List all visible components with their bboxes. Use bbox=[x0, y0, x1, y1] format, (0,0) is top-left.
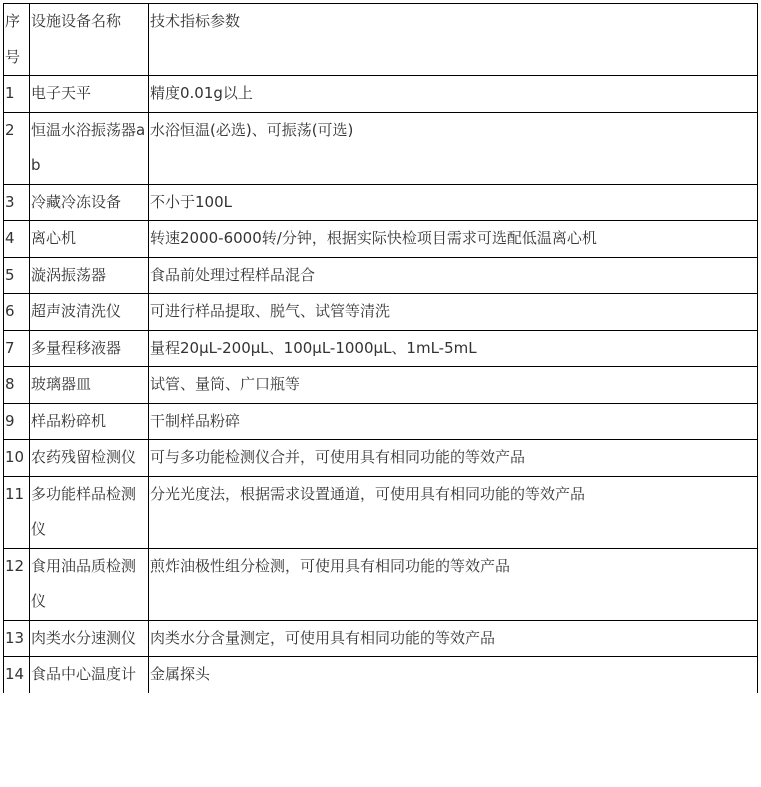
row-name: 恒温水浴振荡器ab bbox=[30, 112, 149, 184]
row-no: 10 bbox=[4, 440, 30, 477]
row-spec: 干制样品粉碎 bbox=[149, 403, 758, 440]
row-name: 冷藏冷冻设备 bbox=[30, 184, 149, 221]
row-no: 5 bbox=[4, 257, 30, 294]
table-row: 9 样品粉碎机 干制样品粉碎 bbox=[4, 403, 758, 440]
row-no: 8 bbox=[4, 367, 30, 404]
row-no: 13 bbox=[4, 620, 30, 657]
row-spec: 肉类水分含量测定，可使用具有相同功能的等效产品 bbox=[149, 620, 758, 657]
row-name: 多量程移液器 bbox=[30, 330, 149, 367]
row-name: 样品粉碎机 bbox=[30, 403, 149, 440]
row-name: 离心机 bbox=[30, 221, 149, 258]
row-spec: 精度0.01g以上 bbox=[149, 76, 758, 113]
row-no: 6 bbox=[4, 294, 30, 331]
row-spec: 水浴恒温(必选)、可振荡(可选) bbox=[149, 112, 758, 184]
row-name: 超声波清洗仪 bbox=[30, 294, 149, 331]
table-row: 1 电子天平 精度0.01g以上 bbox=[4, 76, 758, 113]
table-row: 3 冷藏冷冻设备 不小于100L bbox=[4, 184, 758, 221]
row-name: 农药残留检测仪 bbox=[30, 440, 149, 477]
row-spec: 量程20μL-200μL、100μL-1000μL、1mL-5mL bbox=[149, 330, 758, 367]
row-name: 漩涡振荡器 bbox=[30, 257, 149, 294]
table-row: 12 食用油品质检测仪 煎炸油极性组分检测，可使用具有相同功能的等效产品 bbox=[4, 548, 758, 620]
row-spec: 分光光度法，根据需求设置通道，可使用具有相同功能的等效产品 bbox=[149, 476, 758, 548]
table-row: 7 多量程移液器 量程20μL-200μL、100μL-1000μL、1mL-5… bbox=[4, 330, 758, 367]
row-name: 玻璃器皿 bbox=[30, 367, 149, 404]
table-row: 10 农药残留检测仪 可与多功能检测仪合并，可使用具有相同功能的等效产品 bbox=[4, 440, 758, 477]
table-row: 5 漩涡振荡器 食品前处理过程样品混合 bbox=[4, 257, 758, 294]
row-no: 4 bbox=[4, 221, 30, 258]
row-no: 7 bbox=[4, 330, 30, 367]
header-name: 设施设备名称 bbox=[30, 4, 149, 76]
table-row: 4 离心机 转速2000-6000转/分钟，根据实际快检项目需求可选配低温离心机 bbox=[4, 221, 758, 258]
row-spec: 不小于100L bbox=[149, 184, 758, 221]
row-spec: 转速2000-6000转/分钟，根据实际快检项目需求可选配低温离心机 bbox=[149, 221, 758, 258]
row-spec: 煎炸油极性组分检测，可使用具有相同功能的等效产品 bbox=[149, 548, 758, 620]
row-no: 11 bbox=[4, 476, 30, 548]
row-name: 食用油品质检测仪 bbox=[30, 548, 149, 620]
table-row: 14 食品中心温度计 金属探头 bbox=[4, 657, 758, 693]
row-no: 2 bbox=[4, 112, 30, 184]
header-no: 序号 bbox=[4, 4, 30, 76]
table-row: 6 超声波清洗仪 可进行样品提取、脱气、试管等清洗 bbox=[4, 294, 758, 331]
table-row: 11 多功能样品检测仪 分光光度法，根据需求设置通道，可使用具有相同功能的等效产… bbox=[4, 476, 758, 548]
row-name: 肉类水分速测仪 bbox=[30, 620, 149, 657]
row-name: 多功能样品检测仪 bbox=[30, 476, 149, 548]
row-no: 9 bbox=[4, 403, 30, 440]
row-spec: 金属探头 bbox=[149, 657, 758, 693]
table-row: 13 肉类水分速测仪 肉类水分含量测定，可使用具有相同功能的等效产品 bbox=[4, 620, 758, 657]
row-no: 12 bbox=[4, 548, 30, 620]
equipment-table: 序号 设施设备名称 技术指标参数 1 电子天平 精度0.01g以上 2 恒温水浴… bbox=[3, 3, 758, 693]
row-spec: 试管、量筒、广口瓶等 bbox=[149, 367, 758, 404]
header-spec: 技术指标参数 bbox=[149, 4, 758, 76]
row-spec: 可与多功能检测仪合并，可使用具有相同功能的等效产品 bbox=[149, 440, 758, 477]
row-spec: 食品前处理过程样品混合 bbox=[149, 257, 758, 294]
table-row: 8 玻璃器皿 试管、量筒、广口瓶等 bbox=[4, 367, 758, 404]
row-spec: 可进行样品提取、脱气、试管等清洗 bbox=[149, 294, 758, 331]
row-no: 3 bbox=[4, 184, 30, 221]
row-name: 食品中心温度计 bbox=[30, 657, 149, 693]
row-no: 14 bbox=[4, 657, 30, 693]
table-header-row: 序号 设施设备名称 技术指标参数 bbox=[4, 4, 758, 76]
table-row: 2 恒温水浴振荡器ab 水浴恒温(必选)、可振荡(可选) bbox=[4, 112, 758, 184]
row-no: 1 bbox=[4, 76, 30, 113]
row-name: 电子天平 bbox=[30, 76, 149, 113]
